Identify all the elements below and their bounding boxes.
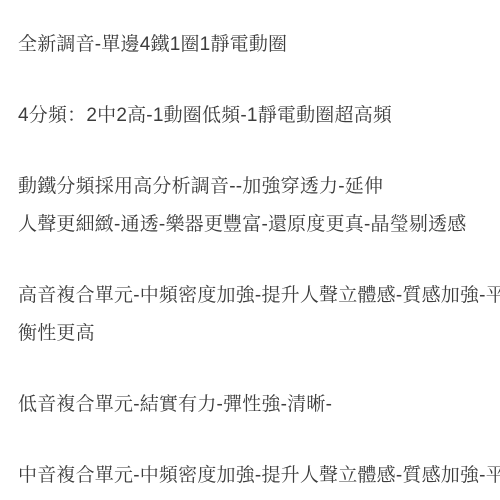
paragraph-bass-unit: 低音複合單元-結實有力-彈性強-清晰- bbox=[18, 386, 482, 424]
description-line: 衡性更高 bbox=[18, 315, 482, 353]
paragraph-treble-unit: 高音複合單元-中頻密度加強-提升人聲立體感-質感加強-平 衡性更高 bbox=[18, 277, 482, 353]
paragraph-mid-unit: 中音複合單元-中頻密度加強-提升人聲立體感-質感加強-平 bbox=[18, 457, 482, 495]
description-line: 動鐵分頻採用高分析調音--加強穿透力-延伸 bbox=[18, 168, 482, 206]
paragraph-tuning: 全新調音-單邊4鐵1圈1靜電動圈 bbox=[18, 26, 482, 64]
description-line: 人聲更細緻-通透-樂器更豐富-還原度更真-晶瑩剔透感 bbox=[18, 206, 482, 244]
description-line: 4分頻：2中2高-1動圈低頻-1靜電動圈超高頻 bbox=[18, 97, 482, 135]
description-line: 中音複合單元-中頻密度加強-提升人聲立體感-質感加強-平 bbox=[18, 457, 482, 495]
paragraph-crossover: 4分頻：2中2高-1動圈低頻-1靜電動圈超高頻 bbox=[18, 97, 482, 135]
description-line: 全新調音-單邊4鐵1圈1靜電動圈 bbox=[18, 26, 482, 64]
product-description-page: 全新調音-單邊4鐵1圈1靜電動圈 4分頻：2中2高-1動圈低頻-1靜電動圈超高頻… bbox=[0, 0, 500, 500]
description-line: 高音複合單元-中頻密度加強-提升人聲立體感-質感加強-平 bbox=[18, 277, 482, 315]
description-line: 低音複合單元-結實有力-彈性強-清晰- bbox=[18, 386, 482, 424]
paragraph-armature-tuning: 動鐵分頻採用高分析調音--加強穿透力-延伸 人聲更細緻-通透-樂器更豐富-還原度… bbox=[18, 168, 482, 244]
